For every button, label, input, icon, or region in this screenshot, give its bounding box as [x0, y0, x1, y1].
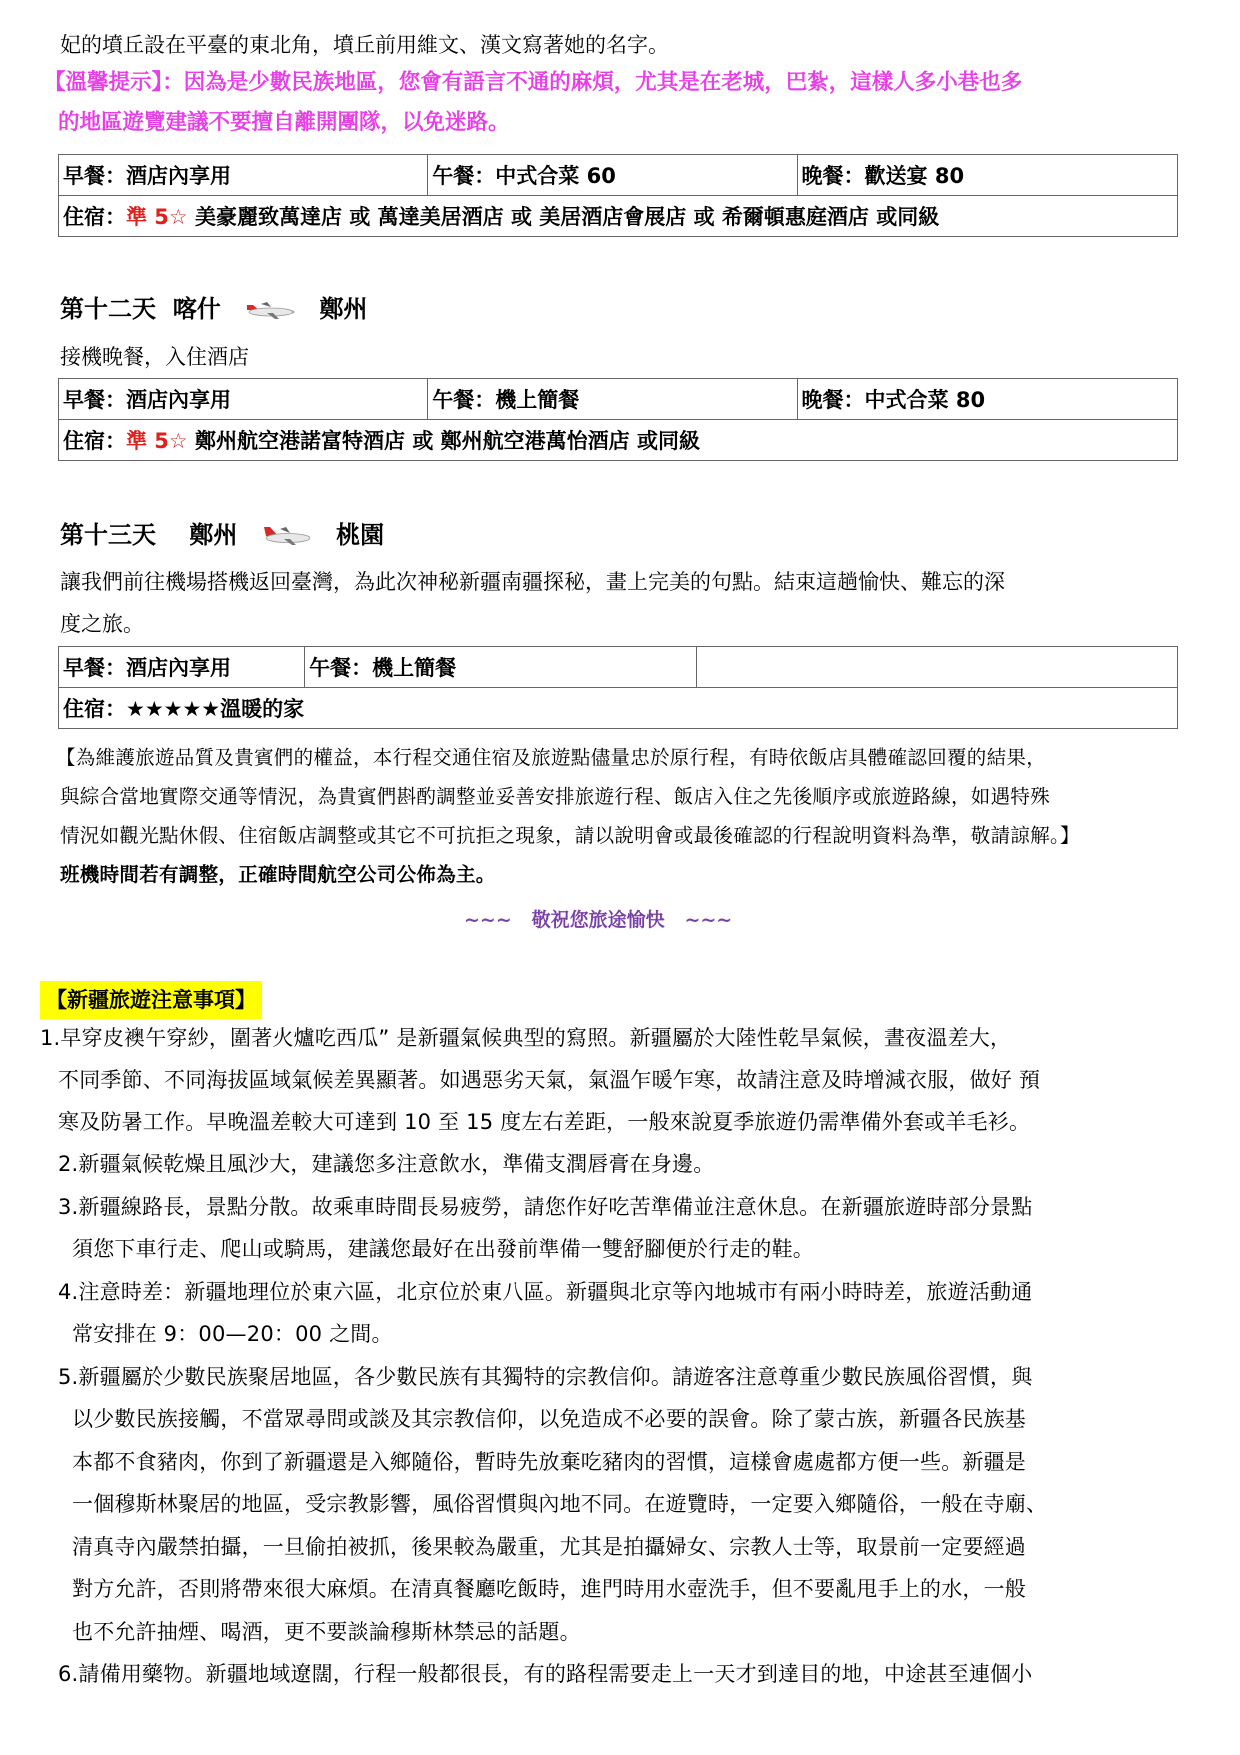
day13-desc-line1: 讓我們前往機場搭機返回臺灣，為此次神秘新疆南疆探秘，畫上完美的句點。結束這趟愉快… — [60, 567, 1005, 597]
notice-line: 寒及防暑工作。早晚溫差較大可達到 10 至 15 度左右差距，一般來說夏季旅遊仍… — [58, 1107, 1030, 1137]
notice-line: 5.新疆屬於少數民族聚居地區，各少數民族有其獨特的宗教信仰。請遊客注意尊重少數民… — [58, 1362, 1032, 1392]
notice-line: 1.早穿皮襖午穿紗，圍著火爐吃西瓜” 是新疆氣候典型的寫照。新疆屬於大陸性乾旱氣… — [40, 1023, 1011, 1053]
lodging-grade: 準 5☆ — [126, 205, 188, 229]
notice-line: 常安排在 9：00—20：00 之間。 — [72, 1319, 393, 1349]
to-city: 桃園 — [336, 521, 384, 549]
day13-meal-table: 早餐：酒店內享用 午餐：機上簡餐 住宿：★★★★★溫暖的家 — [58, 646, 1178, 729]
notice-line: 清真寺內嚴禁拍攝，一旦偷拍被抓，後果較為嚴重，尤其是拍攝婦女、宗教人士等，取景前… — [72, 1532, 1026, 1562]
notice-line: 4.注意時差：新疆地理位於東六區，北京位於東八區。新疆與北京等內地城市有兩小時時… — [58, 1277, 1032, 1307]
notice-line: 也不允許抽煙、喝酒，更不要談論穆斯林禁忌的話題。 — [72, 1617, 581, 1647]
notice-line: 6.請備用藥物。新疆地域遼闊，行程一般都很長，有的路程需要走上一天才到達目的地，… — [58, 1659, 1032, 1689]
disclaimer-line3: 情況如觀光點休假、住宿飯店調整或其它不可抗拒之現象，請以說明會或最後確認的行程說… — [60, 816, 1080, 855]
day12-title: 第十二天 喀什 鄭州 — [60, 292, 367, 326]
lodging-cell: 住宿：準 5☆ 美豪麗致萬達店 或 萬達美居酒店 或 美居酒店會展店 或 希爾頓… — [59, 196, 1178, 237]
from-city: 喀什 — [173, 295, 221, 323]
notice-line: 3.新疆線路長，景點分散。故乘車時間長易疲勞，請您作好吃苦準備並注意休息。在新疆… — [58, 1192, 1032, 1222]
tip-text-line1: 【溫馨提示】：因為是少數民族地區，您會有語言不通的麻煩，尤其是在老城，巴紮，這樣… — [44, 68, 1022, 98]
lodging-hotels: 鄭州航空港諾富特酒店 或 鄭州航空港萬怡酒店 或同級 — [188, 429, 700, 453]
lodging-label: 住宿： — [63, 429, 126, 453]
from-city: 鄭州 — [189, 521, 237, 549]
day12-meal-table: 早餐：酒店內享用 午餐：機上簡餐 晚餐：中式合菜 80 住宿：準 5☆ 鄭州航空… — [58, 378, 1178, 461]
day13-title: 第十三天 鄭州 桃園 — [60, 518, 384, 552]
lodging-cell: 住宿：★★★★★溫暖的家 — [59, 688, 1178, 729]
lodging-label: 住宿： — [63, 205, 126, 229]
dinner-cell: 晚餐：中式合菜 80 — [797, 379, 1177, 420]
day-label: 第十二天 — [60, 295, 156, 323]
tip-text-line2: 的地區遊覽建議不要擅自離開團隊，以免迷路。 — [58, 108, 510, 138]
intro-text: 妃的墳丘設在平臺的東北角，墳丘前用維文、漢文寫著她的名字。 — [60, 30, 669, 60]
breakfast-cell: 早餐：酒店內享用 — [59, 647, 305, 688]
day12-desc: 接機晚餐，入住酒店 — [60, 342, 249, 372]
lodging-cell: 住宿：準 5☆ 鄭州航空港諾富特酒店 或 鄭州航空港萬怡酒店 或同級 — [59, 420, 1178, 461]
flight-note: 班機時間若有調整，正確時間航空公司公佈為主。 — [60, 855, 496, 894]
notice-line: 2.新疆氣候乾燥且風沙大，建議您多注意飲水，準備支潤唇膏在身邊。 — [58, 1149, 714, 1179]
disclaimer-line2: 與綜合當地實際交通等情況，為貴賓們斟酌調整並妥善安排旅遊行程、飯店入住之先後順序… — [60, 777, 1050, 816]
notice-line: 對方允許，否則將帶來很大麻煩。在清真餐廳吃飯時，進門時用水壺洗手，但不要亂甩手上… — [72, 1574, 1026, 1604]
day13-desc-line2: 度之旅。 — [60, 609, 144, 639]
airplane-icon — [260, 525, 314, 547]
breakfast-cell: 早餐：酒店內享用 — [59, 379, 428, 420]
dinner-cell: 晚餐：歡送宴 80 — [797, 155, 1177, 196]
to-city: 鄭州 — [319, 295, 367, 323]
notice-line: 須您下車行走、爬山或騎馬，建議您最好在出發前準備一雙舒腳便於行走的鞋。 — [72, 1234, 814, 1264]
lunch-cell: 午餐：中式合菜 60 — [428, 155, 797, 196]
lodging-hotels: 美豪麗致萬達店 或 萬達美居酒店 或 美居酒店會展店 或 希爾頓惠庭酒店 或同級 — [188, 205, 940, 229]
breakfast-cell: 早餐：酒店內享用 — [59, 155, 428, 196]
notice-line: 以少數民族接觸，不當眾尋問或談及其宗教信仰，以免造成不必要的誤會。除了蒙古族，新… — [72, 1404, 1026, 1434]
notices-heading: 【新疆旅遊注意事項】 — [40, 981, 262, 1019]
day11-meal-table: 早餐：酒店內享用 午餐：中式合菜 60 晚餐：歡送宴 80 住宿：準 5☆ 美豪… — [58, 154, 1178, 237]
lodging-grade: 準 5☆ — [126, 429, 188, 453]
notice-line: 一個穆斯林聚居的地區，受宗教影響，風俗習慣與內地不同。在遊覽時，一定要入鄉隨俗，… — [72, 1489, 1047, 1519]
lunch-cell: 午餐：機上簡餐 — [305, 647, 697, 688]
disclaimer-line1: 【為維護旅遊品質及貴賓們的權益，本行程交通住宿及旅遊點儘量忠於原行程，有時依飯店… — [56, 738, 1046, 777]
lunch-cell: 午餐：機上簡餐 — [428, 379, 797, 420]
notice-line: 本都不食豬肉，你到了新疆還是入鄉隨俗，暫時先放棄吃豬肉的習慣，這樣會處處都方便一… — [72, 1447, 1026, 1477]
dinner-cell — [696, 647, 1177, 688]
airplane-icon — [243, 299, 297, 321]
day-label: 第十三天 — [60, 521, 156, 549]
wish-text: ~~~ 敬祝您旅途愉快 ~~~ — [464, 905, 732, 932]
notice-line: 不同季節、不同海拔區域氣候差異顯著。如遇惡劣天氣，氣溫乍暖乍寒，故請注意及時增減… — [58, 1065, 1040, 1095]
